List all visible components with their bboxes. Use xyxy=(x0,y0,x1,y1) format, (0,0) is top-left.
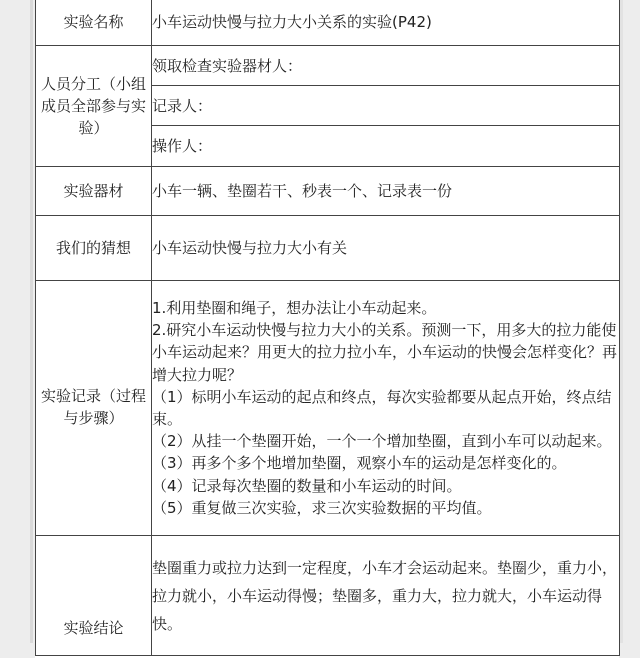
role-equipment-keeper-label: 领取检查实验器材人： xyxy=(152,57,302,75)
role-operator-label: 操作人： xyxy=(152,137,212,155)
row-record: 实验记录（过程与步骤） 1.利用垫圈和绳子，想办法让小车动起来。 2.研究小车运… xyxy=(36,281,620,536)
right-page-edge xyxy=(620,0,623,643)
row-conclusion: 实验结论 垫圈重力或拉力达到一定程度，小车才会运动起来。垫圈少，重力小，拉力就小… xyxy=(36,536,620,644)
experiment-record-table: 实验名称 小车运动快慢与拉力大小关系的实验(P42) 人员分工（小组成员全部参与… xyxy=(35,0,620,643)
label-record: 实验记录（过程与步骤） xyxy=(36,281,152,536)
conclusion-text: 垫圈重力或拉力达到一定程度，小车才会运动起来。垫圈少，重力小，拉力就小，小车运动… xyxy=(152,554,619,638)
label-experiment-name: 实验名称 xyxy=(36,0,152,46)
step-2-5: （5）重复做三次实验，求三次实验数据的平均值。 xyxy=(152,497,619,519)
value-materials: 小车一辆、垫圈若干、秒表一个、记录表一份 xyxy=(152,167,620,216)
role-recorder-label: 记录人： xyxy=(152,97,212,115)
label-roles: 人员分工（小组成员全部参与实验） xyxy=(36,46,152,167)
step-2-1: （1）标明小车运动的起点和终点，每次实验都要从起点开始，终点结束。 xyxy=(152,386,619,430)
step-1: 1.利用垫圈和绳子，想办法让小车动起来。 xyxy=(152,297,619,319)
row-experiment-name: 实验名称 小车运动快慢与拉力大小关系的实验(P42) xyxy=(36,0,620,46)
value-hypothesis: 小车运动快慢与拉力大小有关 xyxy=(152,216,620,281)
step-2-3: （3）再多个多个地增加垫圈，观察小车的运动是怎样变化的。 xyxy=(152,452,619,474)
left-page-edge xyxy=(30,0,33,643)
step-2-2: （2）从挂一个垫圈开始，一个一个增加垫圈，直到小车可以动起来。 xyxy=(152,430,619,452)
role-equipment-keeper[interactable]: 领取检查实验器材人： xyxy=(152,46,620,86)
value-conclusion: 垫圈重力或拉力达到一定程度，小车才会运动起来。垫圈少，重力小，拉力就小，小车运动… xyxy=(152,536,620,644)
row-materials: 实验器材 小车一辆、垫圈若干、秒表一个、记录表一份 xyxy=(36,167,620,216)
label-materials: 实验器材 xyxy=(36,167,152,216)
step-2: 2.研究小车运动快慢与拉力大小的关系。预测一下，用多大的拉力能使小车运动起来？用… xyxy=(152,319,619,386)
label-conclusion: 实验结论 xyxy=(36,536,152,644)
label-hypothesis: 我们的猜想 xyxy=(36,216,152,281)
value-experiment-name: 小车运动快慢与拉力大小关系的实验(P42) xyxy=(152,0,620,46)
step-2-4: （4）记录每次垫圈的数量和小车运动的时间。 xyxy=(152,475,619,497)
value-record-steps: 1.利用垫圈和绳子，想办法让小车动起来。 2.研究小车运动快慢与拉力大小的关系。… xyxy=(152,281,620,536)
row-hypothesis: 我们的猜想 小车运动快慢与拉力大小有关 xyxy=(36,216,620,281)
row-roles-1: 人员分工（小组成员全部参与实验） 领取检查实验器材人： xyxy=(36,46,620,86)
role-recorder[interactable]: 记录人： xyxy=(152,86,620,126)
role-operator[interactable]: 操作人： xyxy=(152,126,620,167)
